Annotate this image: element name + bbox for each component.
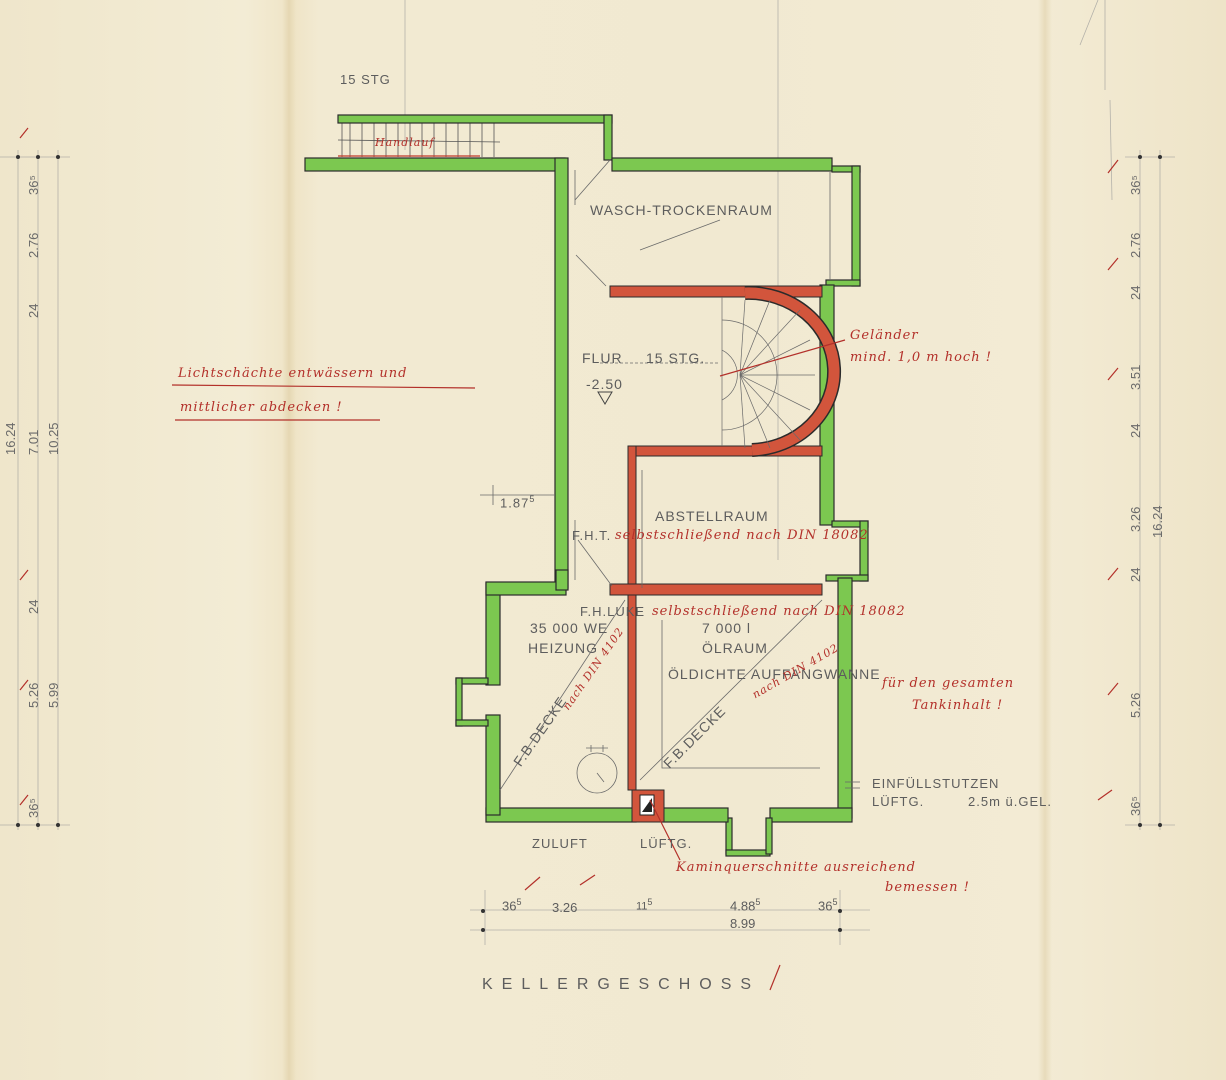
dim-left-8: 5.26 — [26, 683, 41, 708]
annotation-kamin-2: bemessen ! — [885, 880, 970, 895]
dim-right-4: 3.51 — [1128, 365, 1143, 390]
annotation-fhluke-note: selbstschließend nach DIN 18082 — [652, 604, 906, 619]
dim-right-3: 24 — [1128, 286, 1143, 300]
level-mark-sup: 5 — [529, 494, 535, 504]
dim-left-4: 16.24 — [3, 422, 18, 455]
dim-left-6: 10.25 — [46, 422, 61, 455]
dim-left-2: 2.76 — [26, 233, 41, 258]
drawing-title: KELLERGESCHOSS — [482, 976, 760, 994]
dim-right-8: 24 — [1128, 568, 1143, 582]
dim-value: 11 — [636, 901, 647, 913]
annotation-kamin-1: Kaminquerschnitte ausreichend — [676, 860, 916, 875]
dim-right-5: 24 — [1128, 424, 1143, 438]
outside-stairs-label: 15 STG — [340, 72, 391, 87]
annotation-gelaender-1: Geländer — [850, 328, 919, 343]
dim-bottom-4: 4.885 — [730, 897, 760, 913]
lueftg-bottom-label: LÜFTG. — [640, 836, 692, 851]
einfuell-label: EINFÜLLSTUTZEN — [872, 776, 999, 791]
room-label-wasch: WASCH-TROCKENRAUM — [590, 202, 773, 218]
dim-left-9: 5.99 — [46, 683, 61, 708]
dim-right-1: 36⁵ — [1128, 175, 1143, 195]
level-mark: 1.875 — [500, 494, 535, 510]
dim-value: 4.88 — [730, 898, 755, 913]
annotation-fht-note: selbstschließend nach DIN 18082 — [615, 528, 869, 543]
dim-bottom-2: 3.26 — [552, 900, 577, 915]
level-mark-value: 1.87 — [500, 495, 529, 510]
dim-sup: 5 — [755, 897, 760, 907]
dim-left-1: 36⁵ — [26, 175, 41, 195]
dim-left-3: 24 — [26, 304, 41, 318]
dim-right-9: 5.26 — [1128, 693, 1143, 718]
flur-level: -2.50 — [586, 376, 623, 392]
dim-bottom-1: 365 — [502, 897, 521, 913]
dim-right-7: 16.24 — [1150, 505, 1165, 538]
oel-volume: 7 000 l — [702, 620, 751, 636]
flur-stairs-count: 15 STG. — [646, 350, 705, 366]
dim-left-10: 36⁵ — [26, 798, 41, 818]
dim-value: 36 — [502, 898, 516, 913]
dim-sup: 5 — [647, 897, 652, 907]
dim-left-5: 7.01 — [26, 430, 41, 455]
dim-bottom-5: 365 — [818, 897, 837, 913]
dim-sup: 5 — [516, 897, 521, 907]
dim-right-2: 2.76 — [1128, 233, 1143, 258]
dim-left-7: 24 — [26, 600, 41, 614]
dim-value: 36 — [818, 898, 832, 913]
annotation-wanne-1: für den gesamten — [882, 676, 1014, 691]
heizung-power: 35 000 WE — [530, 620, 608, 636]
annotation-lichtschaechte-1: Lichtschächte entwässern und — [178, 366, 407, 381]
dim-bottom-3: 115 — [636, 897, 652, 913]
lueftg-height: 2.5m ü.GEL. — [968, 794, 1052, 809]
fhluke-label: F.H.LUKE — [580, 604, 645, 619]
dim-right-6: 3.26 — [1128, 507, 1143, 532]
dim-sup: 5 — [832, 897, 837, 907]
room-label-flur: FLUR — [582, 350, 623, 366]
dim-bottom-total: 8.99 — [730, 916, 755, 931]
zuluft-label: ZULUFT — [532, 836, 588, 851]
annotation-gelaender-2: mind. 1,0 m hoch ! — [850, 350, 992, 365]
annotation-handlauf: Handlauf — [375, 136, 435, 149]
room-label-abstell: ABSTELLRAUM — [655, 508, 769, 524]
dim-value: 3.26 — [552, 900, 577, 915]
dim-right-10: 36⁵ — [1128, 796, 1143, 816]
floor-plan — [0, 0, 1226, 1080]
fht-label: F.H.T. — [572, 528, 611, 543]
annotation-lichtschaechte-2: mittlicher abdecken ! — [180, 400, 343, 415]
lueftg-right-label: LÜFTG. — [872, 794, 924, 809]
room-label-oelraum: ÖLRAUM — [702, 640, 768, 656]
annotation-wanne-2: Tankinhalt ! — [912, 698, 1003, 713]
room-label-heizung: HEIZUNG — [528, 640, 598, 656]
